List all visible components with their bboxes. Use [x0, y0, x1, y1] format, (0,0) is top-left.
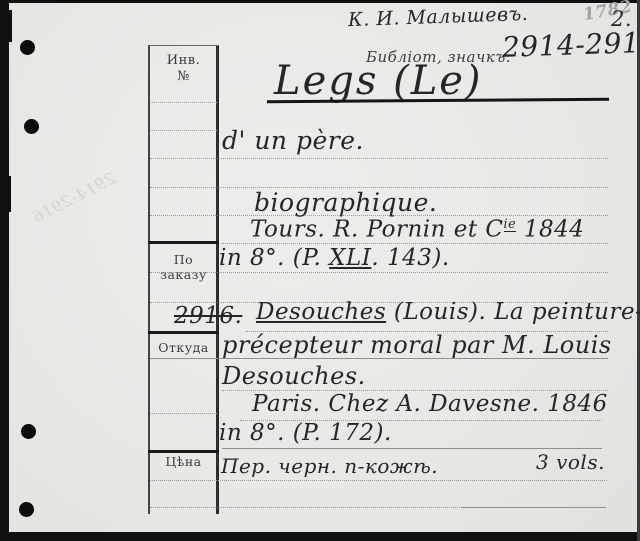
ruled-line [150, 102, 217, 103]
owner-signature: К. И. Малышевъ. [348, 3, 529, 31]
title-text: (Louis). La peinture- [386, 299, 640, 325]
inventory-label-line2: № [149, 69, 218, 85]
imprint-superscript: ie [504, 216, 517, 232]
ruled-line [222, 243, 608, 244]
column-section-divider [148, 450, 219, 453]
punch-hole [24, 119, 39, 134]
imprint-line-legs: Tours. R. Pornin et Cie 1844 [250, 216, 584, 243]
scan-edge-left-notch [9, 176, 11, 212]
scan-edge-left-notch [9, 10, 12, 42]
inventory-label-line1: Инв. [149, 53, 218, 69]
column-top-border [149, 45, 219, 46]
format-line-desouches: in 8°. (P. 172). [219, 420, 392, 446]
title-line2: précepteur moral par M. Louis [222, 331, 612, 359]
punch-hole [20, 40, 35, 55]
title-line3: Desouches. [222, 362, 366, 390]
showthrough-number: 2914-2916 [29, 168, 119, 226]
scan-edge-left [0, 0, 9, 541]
format-line-legs: in 8°. (P. XLI. 143). [219, 245, 450, 271]
ruled-line [462, 507, 606, 508]
inventory-number-header: Инв. № [149, 53, 218, 85]
origin-cell-label: Откуда [149, 340, 218, 355]
order-cell-label: По заказу [149, 252, 218, 282]
descriptor-line: biographique. [254, 188, 437, 217]
scan-edge-bottom [6, 532, 640, 541]
shelf-numbers: 2914-2916. [501, 25, 640, 64]
ruled-line [150, 272, 608, 273]
punch-hole [21, 424, 36, 439]
ruled-line [222, 448, 602, 449]
volume-count: 3 vols. [536, 450, 605, 474]
title-continuation: d' un père. [222, 126, 364, 155]
catalog-card-scan: 2914-2916 Инв. № По заказу Откуда Цѣна К… [0, 0, 640, 541]
binding-note: Пер. черн. п-кожѣ. [221, 454, 438, 478]
ruled-line [150, 413, 217, 414]
punch-hole [19, 502, 34, 517]
format-pages: . 143). [371, 245, 449, 271]
ruled-line [150, 507, 462, 508]
imprint-year: 1844 [516, 217, 584, 243]
ruled-line [150, 480, 607, 481]
column-section-divider [148, 331, 219, 334]
ruled-line [150, 158, 608, 159]
crossed-entry-number: 2916. [174, 303, 242, 329]
format-text: in 8°. (P. [219, 245, 329, 271]
author-name: Desouches [256, 299, 386, 325]
card-title: Legs (Le) [274, 58, 483, 104]
format-roman-numeral: XLI [329, 245, 371, 271]
imprint-line-desouches: Paris. Chez A. Davesne. 1846 [252, 391, 608, 417]
price-cell-label: Цѣна [149, 454, 218, 469]
ruled-line [150, 130, 217, 131]
author-title-line: Desouches (Louis). La peinture- [256, 299, 640, 325]
scan-edge-top [0, 0, 640, 3]
column-section-divider [148, 241, 219, 244]
imprint-text: Tours. R. Pornin et C [250, 217, 504, 243]
